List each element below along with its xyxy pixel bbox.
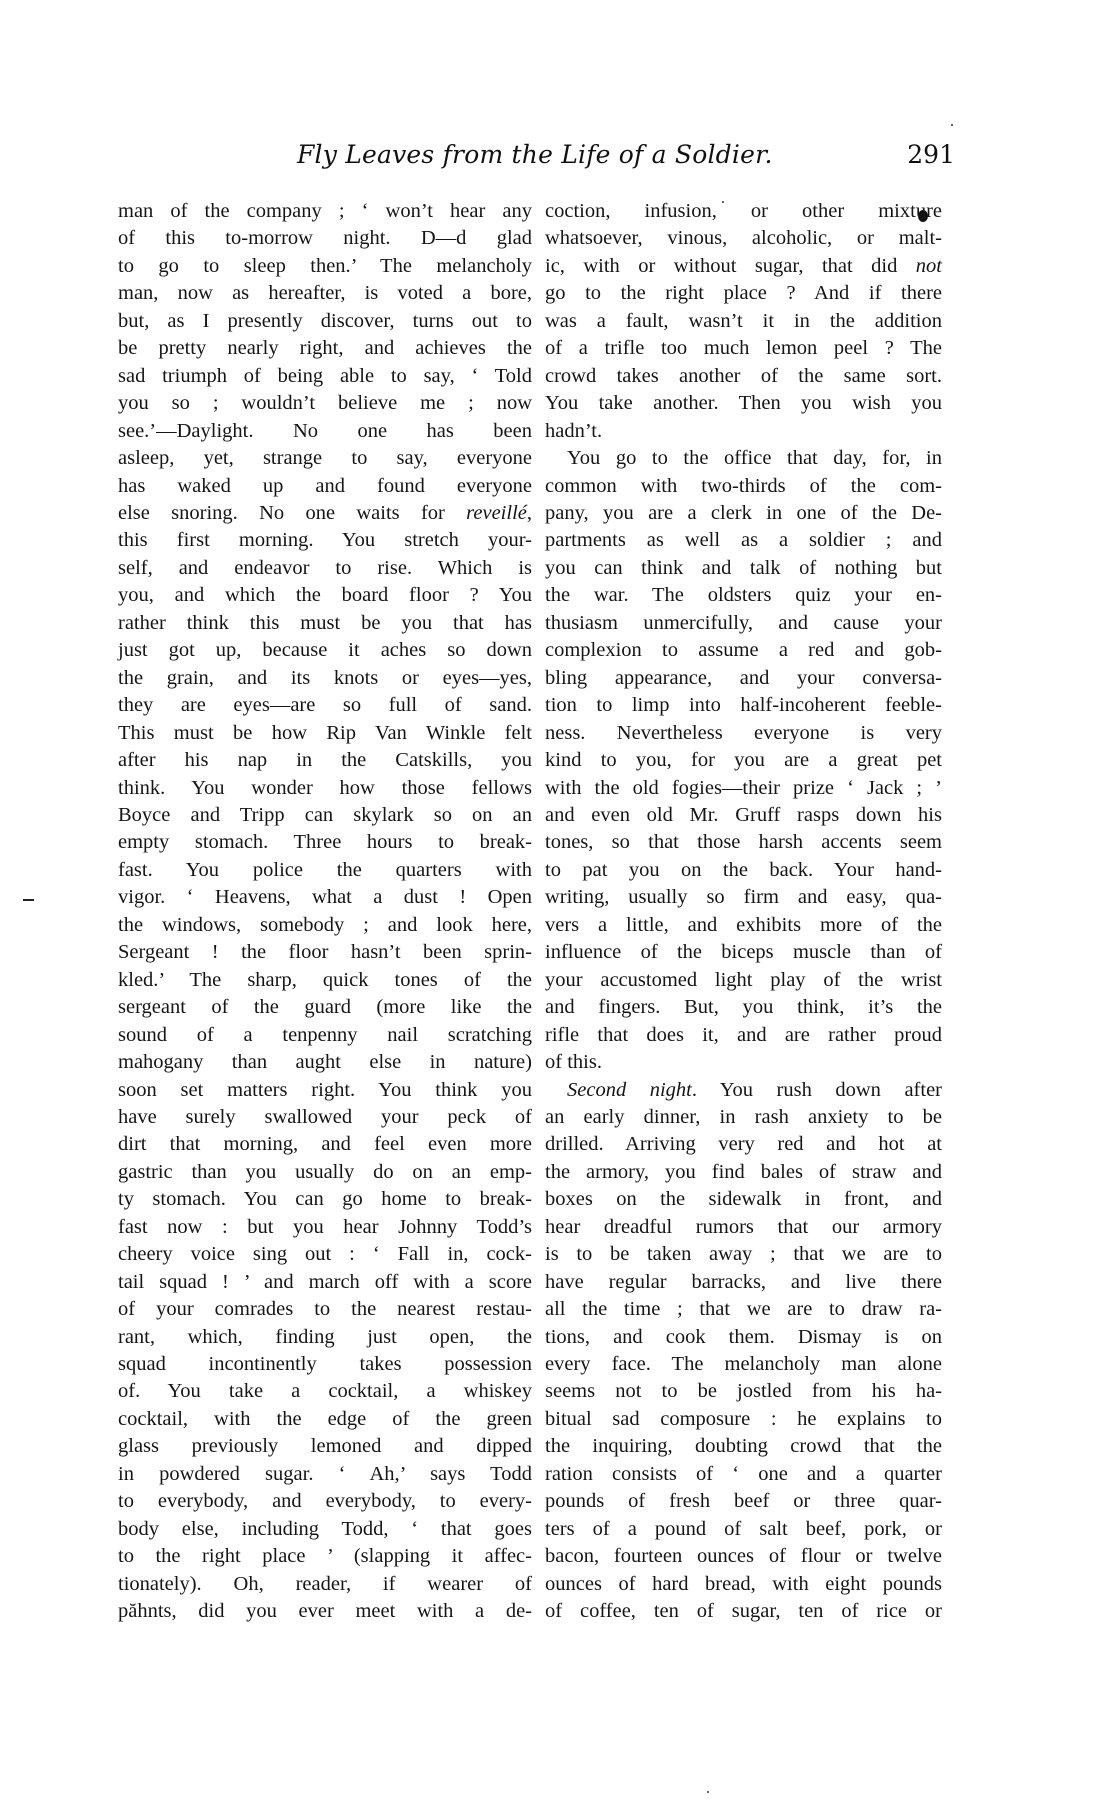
- paragraph-start: Second night. You rush down after: [545, 1077, 942, 1104]
- text-line: to everybody, and everybody, to every-: [118, 1488, 532, 1515]
- text-line: writing, usually so firm and easy, qua-: [545, 884, 942, 911]
- running-head: Fly Leaves from the Life of a Soldier. 2…: [0, 140, 1120, 180]
- text-line: bling appearance, and your conversa-: [545, 665, 942, 692]
- text-line: but, as I presently discover, turns out …: [118, 308, 532, 335]
- text-line: tionately). Oh, reader, if wearer of: [118, 1571, 532, 1598]
- right-column: coction, infusion, or other mixture what…: [545, 198, 942, 1626]
- text-line: sergeant of the guard (more like the: [118, 994, 532, 1021]
- text-line: bacon, fourteen ounces of flour or twelv…: [545, 1543, 942, 1570]
- text-line: crowd takes another of the same sort.: [545, 363, 942, 390]
- text-line: this first morning. You stretch your-: [118, 527, 532, 554]
- text-line: vers a little, and exhibits more of the: [545, 912, 942, 939]
- text-line: the inquiring, doubting crowd that the: [545, 1433, 942, 1460]
- text-line: complexion to assume a red and gob-: [545, 637, 942, 664]
- text-line: rather think this must be you that has: [118, 610, 532, 637]
- italic-word: not: [916, 255, 942, 277]
- text-line: sound of a tenpenny nail scratching: [118, 1022, 532, 1049]
- text-line: see.’—Daylight. No one has been: [118, 418, 532, 445]
- text-line: soon set matters right. You think you: [118, 1077, 532, 1104]
- text-line: partments as well as a soldier ; and: [545, 527, 942, 554]
- text-line: you so ; wouldn’t believe me ; now: [118, 390, 532, 417]
- text-line: tion to limp into half-incoherent feeble…: [545, 692, 942, 719]
- text-line: and even old Mr. Gruff rasps down his: [545, 802, 942, 829]
- text-line: has waked up and found everyone: [118, 473, 532, 500]
- text-line: pounds of fresh beef or three quar-: [545, 1488, 942, 1515]
- text-segment: else snoring. No one waits for: [118, 502, 466, 524]
- text-line: every face. The melancholy man alone: [545, 1351, 942, 1378]
- italic-lead: Second night: [567, 1079, 692, 1101]
- text-line: your accustomed light play of the wrist: [545, 967, 942, 994]
- text-line: to the right place ’ (slapping it affec-: [118, 1543, 532, 1570]
- text-line: This must be how Rip Van Winkle felt: [118, 720, 532, 747]
- text-line: else snoring. No one waits for reveillé,: [118, 500, 532, 527]
- text-line: the war. The oldsters quiz your en-: [545, 582, 942, 609]
- text-line: of this.: [545, 1049, 942, 1076]
- text-line: Sergeant ! the floor hasn’t been sprin-: [118, 939, 532, 966]
- text-line: coction, infusion, or other mixture: [545, 198, 942, 225]
- text-line: rifle that does it, and are rather proud: [545, 1022, 942, 1049]
- text-line: the armory, you find bales of straw and: [545, 1159, 942, 1186]
- text-line: ness. Nevertheless everyone is very: [545, 720, 942, 747]
- paragraph-start: You go to the office that day, for, in: [545, 445, 942, 472]
- text-line: fast now : but you hear Johnny Todd’s: [118, 1214, 532, 1241]
- text-line: hadn’t.: [545, 418, 942, 445]
- text-line: kind to you, for you are a great pet: [545, 747, 942, 774]
- text-line: to pat you on the back. Your hand-: [545, 857, 942, 884]
- text-line: Boyce and Tripp can skylark so on an: [118, 802, 532, 829]
- text-line: vigor. ‘ Heavens, what a dust ! Open: [118, 884, 532, 911]
- text-line: is to be taken away ; that we are to: [545, 1241, 942, 1268]
- text-line: have regular barracks, and live there: [545, 1269, 942, 1296]
- text-line: kled.’ The sharp, quick tones of the: [118, 967, 532, 994]
- text-line: tail squad ! ’ and march off with a scor…: [118, 1269, 532, 1296]
- left-column: man of the company ; ‘ won’t hear any of…: [118, 198, 532, 1626]
- text-line: thusiasm unmercifully, and cause your: [545, 610, 942, 637]
- text-line: tions, and cook them. Dismay is on: [545, 1324, 942, 1351]
- running-title: Fly Leaves from the Life of a Soldier.: [297, 140, 777, 169]
- book-page: Fly Leaves from the Life of a Soldier. 2…: [0, 0, 1120, 1800]
- text-line: of. You take a cocktail, a whiskey: [118, 1378, 532, 1405]
- text-line: You take another. Then you wish you: [545, 390, 942, 417]
- text-line: of coffee, ten of sugar, ten of rice or: [545, 1598, 942, 1625]
- text-line: sad triumph of being able to say, ‘ Told: [118, 363, 532, 390]
- text-line: ty stomach. You can go home to break-: [118, 1186, 532, 1213]
- text-line: rant, which, finding just open, the: [118, 1324, 532, 1351]
- text-line: tones, so that those harsh accents seem: [545, 829, 942, 856]
- text-line: glass previously lemoned and dipped: [118, 1433, 532, 1460]
- text-line: you, and which the board floor ? You: [118, 582, 532, 609]
- text-line: after his nap in the Catskills, you: [118, 747, 532, 774]
- text-line: drilled. Arriving very red and hot at: [545, 1131, 942, 1158]
- text-line: self, and endeavor to rise. Which is: [118, 555, 532, 582]
- text-segment: ,: [527, 502, 532, 524]
- text-line: ounces of hard bread, with eight pounds: [545, 1571, 942, 1598]
- text-line: cocktail, with the edge of the green: [118, 1406, 532, 1433]
- text-line: ic, with or without sugar, that did not: [545, 253, 942, 280]
- text-line: the windows, somebody ; and look here,: [118, 912, 532, 939]
- text-line: gastric than you usually do on an emp-: [118, 1159, 532, 1186]
- text-line: think. You wonder how those fellows: [118, 775, 532, 802]
- text-line: all the time ; that we are to draw ra-: [545, 1296, 942, 1323]
- text-line: influence of the biceps muscle than of: [545, 939, 942, 966]
- italic-word: reveillé: [466, 502, 527, 524]
- text-line: man, now as hereafter, is voted a bore,: [118, 280, 532, 307]
- text-line: bitual sad composure : he explains to: [545, 1406, 942, 1433]
- scan-speck: [707, 1791, 709, 1793]
- text-line: be pretty nearly right, and achieves the: [118, 335, 532, 362]
- page-number: 291: [905, 140, 955, 169]
- text-line: with the old fogies—their prize ‘ Jack ;…: [545, 775, 942, 802]
- text-line: of a trifle too much lemon peel ? The: [545, 335, 942, 362]
- text-line: fast. You police the quarters with: [118, 857, 532, 884]
- text-line: seems not to be jostled from his ha-: [545, 1378, 942, 1405]
- text-line: squad incontinently takes possession: [118, 1351, 532, 1378]
- text-segment: ic, with or without sugar, that did: [545, 255, 916, 277]
- text-line: you can think and talk of nothing but: [545, 555, 942, 582]
- text-line: go to the right place ? And if there: [545, 280, 942, 307]
- text-line: dirt that morning, and feel even more: [118, 1131, 532, 1158]
- scan-speck: [951, 124, 953, 126]
- text-line: hear dreadful rumors that our armory: [545, 1214, 942, 1241]
- text-line: cheery voice sing out : ‘ Fall in, cock-: [118, 1241, 532, 1268]
- text-line: empty stomach. Three hours to break-: [118, 829, 532, 856]
- text-line: body else, including Todd, ‘ that goes: [118, 1516, 532, 1543]
- text-line: păhnts, did you ever meet with a de-: [118, 1598, 532, 1625]
- text-segment: . You rush down after: [692, 1079, 942, 1101]
- text-line: man of the company ; ‘ won’t hear any: [118, 198, 532, 225]
- text-line: and fingers. But, you think, it’s the: [545, 994, 942, 1021]
- text-line: whatsoever, vinous, alcoholic, or malt-: [545, 225, 942, 252]
- text-line: in powdered sugar. ‘ Ah,’ says Todd: [118, 1461, 532, 1488]
- text-line: they are eyes—are so full of sand.: [118, 692, 532, 719]
- text-line: have surely swallowed your peck of: [118, 1104, 532, 1131]
- text-line: ration consists of ‘ one and a quarter: [545, 1461, 942, 1488]
- text-line: ters of a pound of salt beef, pork, or: [545, 1516, 942, 1543]
- text-line: the grain, and its knots or eyes—yes,: [118, 665, 532, 692]
- text-line: just got up, because it aches so down: [118, 637, 532, 664]
- text-line: of this to-morrow night. D—d glad: [118, 225, 532, 252]
- text-line: was a fault, wasn’t it in the addition: [545, 308, 942, 335]
- text-line: mahogany than aught else in nature): [118, 1049, 532, 1076]
- text-line: asleep, yet, strange to say, everyone: [118, 445, 532, 472]
- text-line: of your comrades to the nearest restau-: [118, 1296, 532, 1323]
- text-line: pany, you are a clerk in one of the De-: [545, 500, 942, 527]
- text-line: boxes on the sidewalk in front, and: [545, 1186, 942, 1213]
- margin-mark: [23, 899, 34, 901]
- text-line: common with two-thirds of the com-: [545, 473, 942, 500]
- text-line: an early dinner, in rash anxiety to be: [545, 1104, 942, 1131]
- text-line: to go to sleep then.’ The melancholy: [118, 253, 532, 280]
